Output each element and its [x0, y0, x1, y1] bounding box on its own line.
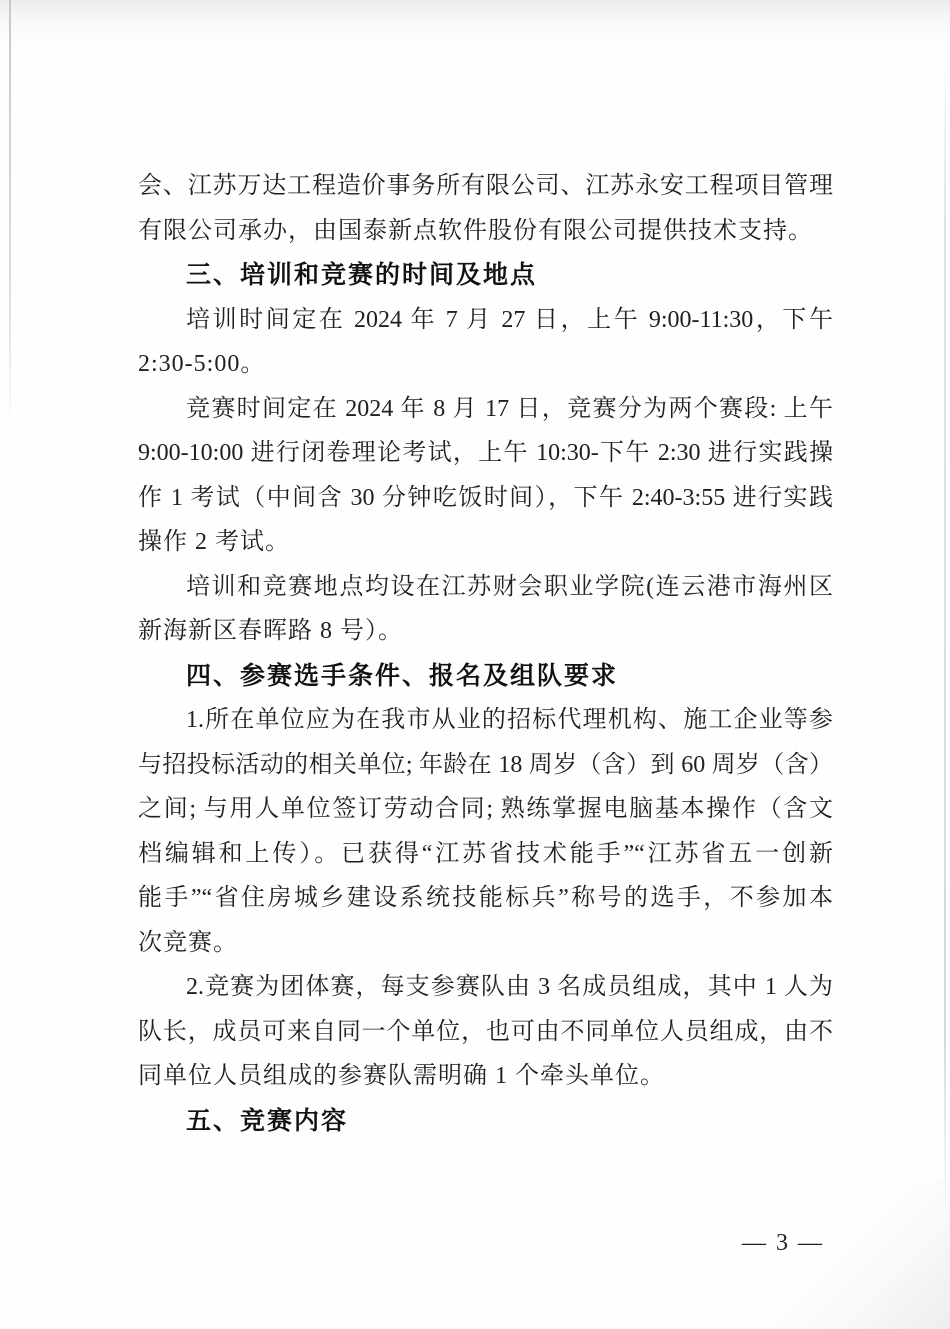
body-line: 会、江苏万达工程造价事务所有限公司、江苏永安工程项目管理 — [138, 164, 833, 209]
body-line: 培训和竞赛地点均设在江苏财会职业学院(连云港市海州区 — [138, 565, 833, 610]
body-line: 新海新区春晖路 8 号）。 — [138, 609, 833, 654]
body-line: 1.所在单位应为在我市从业的招标代理机构、施工企业等参 — [138, 698, 833, 743]
section-heading-3: 三、培训和竞赛的时间及地点 — [138, 253, 833, 298]
body-line: 竞赛时间定在 2024 年 8 月 17 日，竞赛分为两个赛段: 上午 — [138, 387, 833, 432]
body-line: 档编辑和上传）。已获得“江苏省技术能手”“江苏省五一创新 — [138, 832, 833, 877]
body-line: 有限公司承办，由国泰新点软件股份有限公司提供技术支持。 — [138, 209, 833, 254]
section-heading-5: 五、竞赛内容 — [138, 1099, 833, 1144]
page-number: — 3 — — [742, 1230, 824, 1257]
body-line: 2.竞赛为团体赛，每支参赛队由 3 名成员组成，其中 1 人为 — [138, 965, 833, 1010]
body-line: 与招投标活动的相关单位; 年龄在 18 周岁（含）到 60 周岁（含） — [138, 743, 833, 788]
section-heading-4: 四、参赛选手条件、报名及组队要求 — [138, 654, 833, 699]
body-line: 2:30-5:00。 — [138, 342, 833, 387]
body-line: 次竞赛。 — [138, 921, 833, 966]
scanned-document-page: 会、江苏万达工程造价事务所有限公司、江苏永安工程项目管理 有限公司承办，由国泰新… — [0, 0, 950, 1329]
body-line: 同单位人员组成的参赛队需明确 1 个牵头单位。 — [138, 1054, 833, 1099]
body-line: 队长，成员可来自同一个单位，也可由不同单位人员组成，由不 — [138, 1010, 833, 1055]
body-line: 培训时间定在 2024 年 7 月 27 日，上午 9:00-11:30，下午 — [138, 298, 833, 343]
document-body: 会、江苏万达工程造价事务所有限公司、江苏永安工程项目管理 有限公司承办，由国泰新… — [0, 0, 950, 1143]
body-line: 操作 2 考试。 — [138, 520, 833, 565]
body-line: 之间; 与用人单位签订劳动合同; 熟练掌握电脑基本操作（含文 — [138, 787, 833, 832]
body-line: 能手”“省住房城乡建设系统技能标兵”称号的选手，不参加本 — [138, 876, 833, 921]
body-line: 作 1 考试（中间含 30 分钟吃饭时间），下午 2:40-3:55 进行实践 — [138, 476, 833, 521]
body-line: 9:00-10:00 进行闭卷理论考试，上午 10:30-下午 2:30 进行实… — [138, 431, 833, 476]
